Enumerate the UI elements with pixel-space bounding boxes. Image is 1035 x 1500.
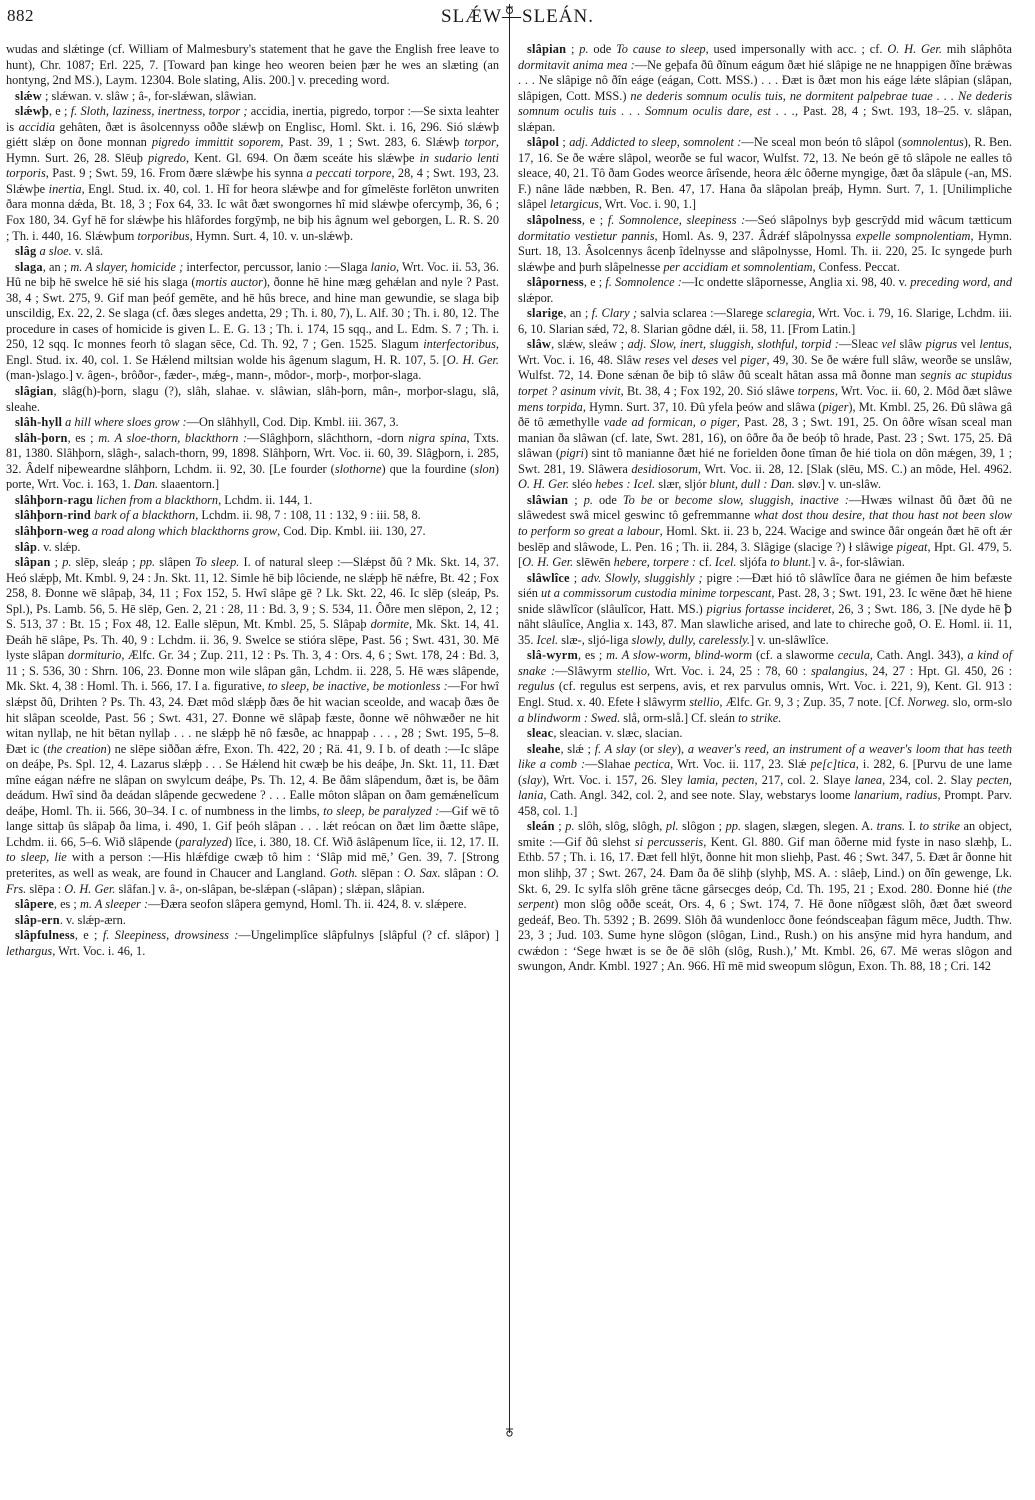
- dictionary-entry: slâwian ; p. ode To be or become slow, s…: [518, 493, 1012, 571]
- entry-text: ) lîce, i. 380, 18. Cf. Wið âslâpenum lî…: [228, 835, 499, 849]
- entry-text: slēpan :: [358, 866, 404, 880]
- entry-text: ;: [555, 819, 566, 833]
- italic-gloss: To sleep.: [195, 555, 239, 569]
- entry-text: , Wrt. Voc. i. 24, 25 : 78, 60 :: [647, 664, 811, 678]
- italic-gloss: si percusseris: [635, 835, 703, 849]
- italic-gloss: pigeat: [897, 540, 928, 554]
- entry-text: , Cath. Angl. 343),: [870, 648, 967, 662]
- dictionary-entry: slâpan ; p. slēp, sleáp ; pp. slâpen To …: [6, 555, 499, 897]
- italic-gloss: expelle sompnolentiam: [856, 229, 971, 243]
- entry-text: , Past. 39, 1 ; Swt. 283, 6. Slǽwþ: [280, 135, 464, 149]
- italic-gloss: f. Clary ;: [592, 306, 637, 320]
- italic-gloss: f. Sloth, laziness, inertness, torpor ;: [71, 104, 248, 118]
- italic-gloss: a sloe.: [39, 244, 71, 258]
- italic-gloss: a hill where sloes grow :: [65, 415, 187, 429]
- italic-gloss: m. A sleeper :: [80, 897, 148, 911]
- entry-text: sléo: [569, 477, 595, 491]
- entry-text: (or: [636, 742, 658, 756]
- dictionary-entry: slâw, slǽw, sleáw ; adj. Slow, inert, sl…: [518, 337, 1012, 492]
- dictionary-entry: slâ-wyrm, es ; m. A slow-worm, blind-wor…: [518, 648, 1012, 726]
- entry-text: ;: [559, 135, 569, 149]
- entry-continuation: wudas and slǽtinge (cf. William of Malme…: [6, 42, 499, 89]
- italic-gloss: sclaregia: [766, 306, 811, 320]
- italic-gloss: m. A slow-worm, blind-worm: [606, 648, 752, 662]
- headword: slǽw: [15, 89, 42, 103]
- entry-text: , Wrt. Voc. i. 90, 1.]: [599, 197, 696, 211]
- entry-text: I.: [905, 819, 919, 833]
- entry-text: vel: [718, 353, 740, 367]
- dictionary-entry: slâp. v. slǽp.: [6, 540, 499, 556]
- entry-text: —Sleac: [839, 337, 882, 351]
- headword: slâhþorn-weg: [15, 524, 89, 538]
- entry-text: sljófa: [737, 555, 771, 569]
- entry-text: ] v. un-slâwlîce.: [750, 633, 829, 647]
- entry-text: , slǽw, sleáw ;: [551, 337, 627, 351]
- entry-text: ode: [589, 42, 617, 56]
- dictionary-entry: sleac, sleacian. v. slæc, slacian.: [518, 726, 1012, 742]
- italic-gloss: inertia: [49, 182, 82, 196]
- entry-text: , Lchdm. ii. 98, 7 : 108, 11 : 132, 9 : …: [195, 508, 421, 522]
- italic-gloss: f. Sleepiness, drowsiness :: [103, 928, 239, 942]
- entry-text: ) que la fourdine (: [381, 462, 474, 476]
- italic-gloss: torporibus: [137, 229, 189, 243]
- entry-text: slǽpor.: [518, 291, 553, 305]
- entry-text: wudas and slǽtinge (cf. William of Malme…: [6, 42, 499, 87]
- entry-text: slôh, slôg, slôgh,: [575, 819, 666, 833]
- entry-text: v. slâ.: [72, 244, 103, 258]
- italic-gloss: piger: [822, 400, 848, 414]
- entry-text: , es ;: [68, 431, 99, 445]
- italic-gloss: a blindworm : Swed.: [518, 711, 620, 725]
- entry-text: slēp, sleáp ;: [71, 555, 139, 569]
- italic-gloss: to sleep, be inactive, be motionless :: [268, 679, 448, 693]
- italic-gloss: desidiosorum: [631, 462, 698, 476]
- italic-gloss: accidia: [19, 120, 55, 134]
- italic-gloss: cecula: [838, 648, 870, 662]
- italic-gloss: slowly, dully, carelessly.: [632, 633, 751, 647]
- italic-gloss: to blunt.: [770, 555, 811, 569]
- dictionary-entry: slâpolness, e ; f. Somnolence, sleepines…: [518, 213, 1012, 275]
- italic-gloss: to strike: [919, 819, 960, 833]
- italic-gloss: Goth.: [330, 866, 358, 880]
- entry-text: , es ;: [578, 648, 606, 662]
- italic-gloss: O. H. Ger.: [447, 353, 499, 367]
- entry-text: —Ungelimplîce slâpfulnys [slâpful (? cf.…: [238, 928, 499, 942]
- italic-gloss: torpor: [464, 135, 496, 149]
- entry-text: —Slâghþorn, slâchthorn, -dorn: [247, 431, 408, 445]
- italic-gloss: reses: [645, 353, 670, 367]
- italic-gloss: p.: [579, 42, 588, 56]
- entry-text: sløv.] v. un-slâw.: [795, 477, 881, 491]
- entry-text: —On slâhhyll, Cod. Dip. Kmbl. iii. 367, …: [187, 415, 399, 429]
- italic-gloss: hebere, torpere :: [614, 555, 696, 569]
- entry-text: vel: [957, 337, 979, 351]
- italic-gloss: ut a commissorum custodia minime torpesc…: [541, 586, 771, 600]
- italic-gloss: pectica: [635, 757, 671, 771]
- italic-gloss: to sleep, be paralyzed :: [323, 804, 439, 818]
- italic-gloss: lanea: [855, 773, 882, 787]
- italic-gloss: the creation: [47, 742, 107, 756]
- column-rule: [509, 10, 510, 1425]
- left-column: wudas and slǽtinge (cf. William of Malme…: [6, 42, 499, 959]
- italic-gloss: To be: [623, 493, 653, 507]
- italic-gloss: m. A slayer, homicide ;: [70, 260, 183, 274]
- italic-gloss: a road along which blackthorns grow: [92, 524, 277, 538]
- dictionary-entry: slâg a sloe. v. slâ.: [6, 244, 499, 260]
- entry-text: ] v. â-, for-slâwian.: [811, 555, 905, 569]
- italic-gloss: lichen from a blackthorn: [96, 493, 218, 507]
- italic-gloss: slothorne: [335, 462, 382, 476]
- dictionary-entry: slâgian, slâg(h)-þorn, slagu (?), slâh, …: [6, 384, 499, 415]
- entry-text: , Homl. As. 9, 237. Âdrǽf slâpolnyssa: [655, 229, 856, 243]
- entry-text: , an ;: [563, 306, 591, 320]
- entry-text: slâpen: [155, 555, 195, 569]
- italic-gloss: f. Somnolence, sleepiness :: [608, 213, 745, 227]
- entry-text: slēpa :: [26, 882, 64, 896]
- entry-text: . v. slǽp-ærn.: [60, 913, 126, 927]
- dictionary-entry: sleahe, slǽ ; f. A slay (or sley), a wea…: [518, 742, 1012, 820]
- italic-gloss: pigredo immittit soporem: [152, 135, 281, 149]
- entry-text: , an ;: [43, 260, 71, 274]
- headword: slâwian: [527, 493, 568, 507]
- headword: slâpan: [15, 555, 51, 569]
- entry-text: (man-)slago.] v. âgen-, brôðor-, fæder-,…: [6, 368, 421, 382]
- entry-text: —Slahae: [585, 757, 634, 771]
- italic-gloss: stellio: [689, 695, 719, 709]
- entry-text: , Wrt. Voc. i. 46, 1.: [52, 944, 145, 958]
- italic-gloss: lanio: [371, 260, 396, 274]
- entry-text: (cf. a slaworme: [752, 648, 837, 662]
- italic-gloss: slon: [474, 462, 495, 476]
- entry-text: ;: [51, 555, 63, 569]
- italic-gloss: adj. Slow, inert, sluggish, slothful, to…: [628, 337, 839, 351]
- italic-gloss: letargicus: [550, 197, 599, 211]
- headword: sleahe: [527, 742, 560, 756]
- italic-gloss: O. H. Ger.: [522, 555, 573, 569]
- entry-text: cf.: [696, 555, 715, 569]
- dictionary-entry: slâwlîce ; adv. Slowly, sluggishly ; pig…: [518, 571, 1012, 649]
- dictionary-entry: slaga, an ; m. A slayer, homicide ; inte…: [6, 260, 499, 384]
- entry-text: interfector, percussor, lanio :—Slaga: [183, 260, 370, 274]
- italic-gloss: Norweg.: [908, 695, 950, 709]
- entry-text: slå, orm-slå.] Cf. sleán: [620, 711, 738, 725]
- italic-gloss: p.: [565, 819, 574, 833]
- headword: slaga: [15, 260, 43, 274]
- entry-text: , Bt. 38, 4 ; Fox 192, 20. Sió slâwe: [621, 384, 798, 398]
- entry-text: , Lchdm. ii. 144, 1.: [218, 493, 312, 507]
- entry-text: , Cod. Dip. Kmbl. iii. 130, 27.: [277, 524, 425, 538]
- entry-text: . v. slǽp.: [37, 540, 80, 554]
- italic-gloss: deses: [692, 353, 719, 367]
- italic-gloss: somnolentus: [902, 135, 964, 149]
- entry-text: —Seó slâpolnys byþ gescrȳdd mid wâcum tæ…: [745, 213, 1012, 227]
- entry-text: , Cath. Angl. 342, col. 2, and see note.…: [543, 788, 854, 802]
- headword: slâwlîce: [527, 571, 570, 585]
- italic-gloss: lanarium, radius: [854, 788, 937, 802]
- entry-text: ),: [677, 742, 688, 756]
- italic-gloss: dormiturio: [68, 648, 122, 662]
- entry-text: mih slâphôta: [942, 42, 1012, 56]
- dictionary-entry: slâh-hyll a hill where sloes grow :—On s…: [6, 415, 499, 431]
- entry-text: , 217, col. 2. Slaye: [754, 773, 854, 787]
- entry-text: —Slâwyrm: [555, 664, 617, 678]
- headword: slâp-ern: [15, 913, 60, 927]
- entry-text: ;: [568, 493, 584, 507]
- italic-gloss: mortis auctor: [195, 275, 262, 289]
- italic-gloss: pp.: [726, 819, 741, 833]
- entry-text: slæ-, sljó-liga: [558, 633, 631, 647]
- italic-gloss: p.: [584, 493, 593, 507]
- italic-gloss: to sleep, lie: [6, 850, 67, 864]
- italic-gloss: vade ad formican, o piger: [604, 415, 737, 429]
- italic-gloss: sley: [658, 742, 677, 756]
- entry-text: slo, orm-slo: [950, 695, 1012, 709]
- italic-gloss: lethargus: [6, 944, 52, 958]
- italic-gloss: O. H. Ger.: [64, 882, 115, 896]
- italic-gloss: blunt, dull : Dan.: [710, 477, 795, 491]
- entry-text: —Ne sceal mon beón tô slâpol (: [741, 135, 902, 149]
- italic-gloss: bark of a blackthorn: [94, 508, 195, 522]
- italic-gloss: hebes : Icel.: [595, 477, 655, 491]
- entry-text: slaaentorn.]: [158, 477, 219, 491]
- headword: slâgian: [15, 384, 53, 398]
- headword: slâpian: [527, 42, 566, 56]
- entry-text: , Hymn. Surt. 37, 10. Ðû yfela þeów and …: [583, 400, 822, 414]
- entry-text: , Kent. Gl. 694. On ðæm sceáte his slǽwþ…: [186, 151, 420, 165]
- dictionary-entry: slǽwþ, e ; f. Sloth, laziness, inertness…: [6, 104, 499, 244]
- entry-text: ) mon slôg oððe sceát, Ors. 4, 6 ; Swt. …: [518, 897, 1012, 973]
- entry-text: slær, sljór: [655, 477, 709, 491]
- entry-text: slâfan.] v. â-, on-slâpan, be-slǽpan (-s…: [115, 882, 424, 896]
- italic-gloss: torpens: [798, 384, 835, 398]
- italic-gloss: spalangius: [811, 664, 865, 678]
- entry-text: , Ælfc. Gr. 9, 3 ; Zup. 35, 7 note. [Cf.: [719, 695, 907, 709]
- italic-gloss: become slow, sluggish, inactive :: [675, 493, 849, 507]
- column-rule-bottom-ornament-icon: [504, 1424, 515, 1436]
- italic-gloss: dormite: [371, 617, 409, 631]
- page-header: 882 SLǼW—SLEÁN.: [0, 4, 1035, 34]
- headword: slâw: [527, 337, 551, 351]
- italic-gloss: dormitatio vestietur pannis: [518, 229, 655, 243]
- italic-gloss: regulus: [518, 679, 555, 693]
- entry-text: —Ic ondette slâpornesse, Anglia xi. 98, …: [682, 275, 910, 289]
- entry-text: slôgon ;: [679, 819, 726, 833]
- italic-gloss: adv. Slowly, sluggishly ;: [581, 571, 702, 585]
- italic-gloss: trans.: [877, 819, 905, 833]
- italic-gloss: Icel.: [715, 555, 737, 569]
- dictionary-entry: slâhþorn-ragu lichen from a blackthorn, …: [6, 493, 499, 509]
- entry-text: , e ;: [584, 275, 605, 289]
- headword: sleac: [527, 726, 553, 740]
- italic-gloss: f. A slay: [595, 742, 636, 756]
- entry-text: ; slǽwan. v. slâw ; â-, for-slǽwan, slâw…: [42, 89, 257, 103]
- entry-text: slâw: [896, 337, 926, 351]
- italic-gloss: a peccati torpore: [306, 166, 391, 180]
- italic-gloss: paralyzed: [179, 835, 228, 849]
- headword: slâhþorn-rind: [15, 508, 91, 522]
- entry-text: —Ðæra seofon slâpera gemynd, Homl. Th. i…: [148, 897, 466, 911]
- italic-gloss: per accidiam et somnolentiam: [663, 260, 812, 274]
- italic-gloss: pigredo: [148, 151, 186, 165]
- italic-gloss: dormitavit anima mea :: [518, 58, 635, 72]
- italic-gloss: pigrius fortasse incideret: [707, 602, 832, 616]
- right-column: slâpian ; p. ode To cause to sleep, used…: [518, 42, 1012, 975]
- italic-gloss: To cause to sleep: [616, 42, 706, 56]
- italic-gloss: O. H. Ger.: [518, 477, 569, 491]
- entry-text: slagen, slægen, slegen. A.: [741, 819, 877, 833]
- italic-gloss: piger: [740, 353, 766, 367]
- headword: slâpolness: [527, 213, 582, 227]
- dictionary-entry: slâpol ; adj. Addicted to sleep, somnole…: [518, 135, 1012, 213]
- dictionary-entry: sleán ; p. slôh, slôg, slôgh, pl. slôgon…: [518, 819, 1012, 974]
- entry-text: , 234, col. 2. Slay: [882, 773, 977, 787]
- entry-text: , sleacian. v. slæc, slacian.: [553, 726, 682, 740]
- headword: slâh-hyll: [15, 415, 62, 429]
- entry-text: , Wrt. Voc. ii. 60, 2. Môd ðæt slâwe: [835, 384, 1012, 398]
- italic-gloss: slay: [522, 773, 542, 787]
- entry-text: salvia sclarea :—Slarege: [637, 306, 766, 320]
- dictionary-entry: slâhþorn-weg a road along which blacktho…: [6, 524, 499, 540]
- entry-text: ode: [593, 493, 623, 507]
- headword: slâhþorn-ragu: [15, 493, 93, 507]
- dictionary-entry: slarige, an ; f. Clary ; salvia sclarea …: [518, 306, 1012, 337]
- entry-text: ), Wrt. Voc. i. 157, 26. Sley: [542, 773, 687, 787]
- running-head: SLǼW—SLEÁN.: [0, 6, 1035, 28]
- headword: slâpere: [15, 897, 54, 911]
- entry-text: vel: [670, 353, 692, 367]
- italic-gloss: pl.: [666, 819, 679, 833]
- dictionary-entry: slâpere, es ; m. A sleeper :—Ðæra seofon…: [6, 897, 499, 913]
- headword: slâ-wyrm: [527, 648, 578, 662]
- dictionary-entry: slâp-ern. v. slǽp-ærn.: [6, 913, 499, 929]
- entry-text: ;: [570, 571, 581, 585]
- entry-text: or: [652, 493, 674, 507]
- entry-text: slâpan :: [441, 866, 487, 880]
- italic-gloss: to strike.: [738, 711, 781, 725]
- headword: slâpol: [527, 135, 559, 149]
- entry-text: , Wrt. Voc. ii. 117, 23. Slǽ: [670, 757, 810, 771]
- italic-gloss: pe[c]tica: [810, 757, 855, 771]
- italic-gloss: vel: [882, 337, 896, 351]
- headword: slâg: [15, 244, 36, 258]
- italic-gloss: adj. Addicted to sleep, somnolent :: [569, 135, 741, 149]
- italic-gloss: mens torpida: [518, 400, 583, 414]
- headword: slâh-þorn: [15, 431, 68, 445]
- italic-gloss: lamia, pecten: [687, 773, 755, 787]
- headword: sleán: [527, 819, 555, 833]
- headword: slǽwþ: [15, 104, 49, 118]
- entry-text: , e ;: [75, 928, 103, 942]
- entry-text: , Past. 9 ; Swt. 59, 16. From ðære slǽwþ…: [46, 166, 307, 180]
- italic-gloss: O. H. Ger.: [887, 42, 942, 56]
- dictionary-entry: slâhþorn-rind bark of a blackthorn, Lchd…: [6, 508, 499, 524]
- dictionary-entry: slâpfulness, e ; f. Sleepiness, drowsine…: [6, 928, 499, 959]
- entry-text: , 24, 27 : Hpt. Gl. 450, 26 :: [864, 664, 1012, 678]
- dictionary-entry: slâporness, e ; f. Somnolence :—Ic ondet…: [518, 275, 1012, 306]
- italic-gloss: f. Somnolence :: [605, 275, 682, 289]
- italic-gloss: pigrus: [926, 337, 958, 351]
- italic-gloss: Dan.: [134, 477, 158, 491]
- dictionary-entry: slâpian ; p. ode To cause to sleep, used…: [518, 42, 1012, 135]
- dictionary-entry: slâh-þorn, es ; m. A sloe-thorn, blackth…: [6, 431, 499, 493]
- entry-text: slēwēn: [573, 555, 613, 569]
- italic-gloss: interfectoribus: [423, 337, 496, 351]
- dictionary-entry: slǽw ; slǽwan. v. slâw ; â-, for-slǽwan,…: [6, 89, 499, 105]
- italic-gloss: nigra spina: [408, 431, 466, 445]
- entry-text: , Wrt. Voc. ii. 28, 12. [Slak (slēu, MS.…: [698, 462, 1012, 476]
- italic-gloss: pigri: [560, 446, 584, 460]
- entry-text: , e ;: [49, 104, 71, 118]
- entry-text: ;: [566, 42, 579, 56]
- entry-text: , Confess. Peccat.: [813, 260, 900, 274]
- entry-text: , es ;: [54, 897, 80, 911]
- italic-gloss: O. Sax.: [404, 866, 441, 880]
- headword: slarige: [527, 306, 563, 320]
- headword: slâporness: [527, 275, 584, 289]
- entry-text: , Hymn. Surt. 4, 10. v. un-slǽwþ.: [190, 229, 353, 243]
- italic-gloss: lentus: [979, 337, 1009, 351]
- headword: slâpfulness: [15, 928, 75, 942]
- entry-text: , e ;: [582, 213, 608, 227]
- entry-text: , slâg(h)-þorn, slagu (?), slâh, slahae.…: [6, 384, 499, 414]
- italic-gloss: pp.: [140, 555, 155, 569]
- italic-gloss: m. A sloe-thorn, blackthorn :: [98, 431, 247, 445]
- headword: slâp: [15, 540, 37, 554]
- italic-gloss: Icel.: [537, 633, 559, 647]
- entry-text: , used impersonally with acc. ; cf.: [706, 42, 888, 56]
- entry-text: , slǽ ;: [560, 742, 594, 756]
- italic-gloss: preceding word, and: [910, 275, 1012, 289]
- italic-gloss: stellio: [617, 664, 647, 678]
